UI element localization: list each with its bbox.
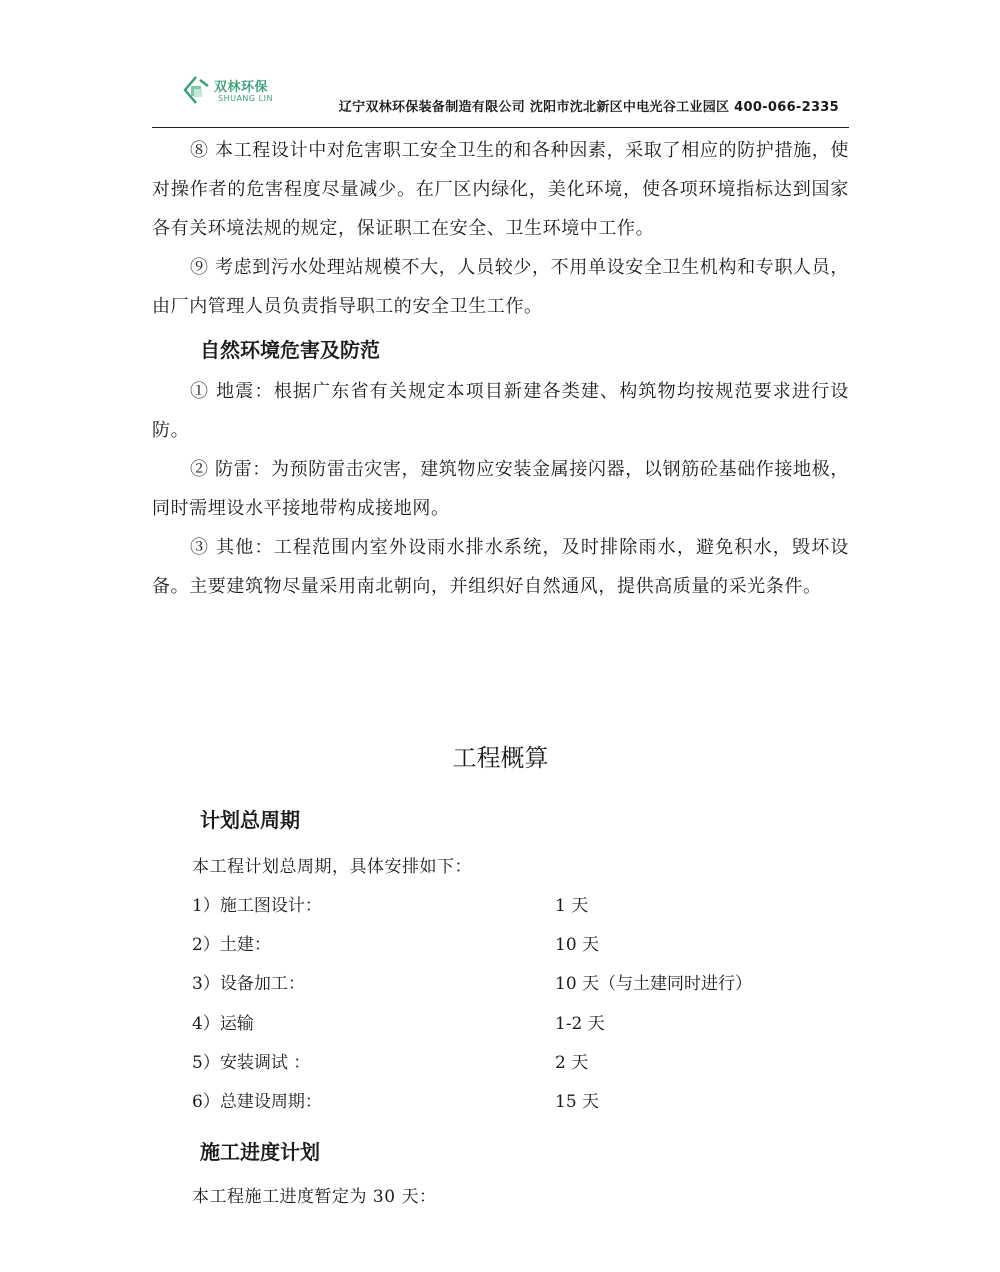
logo-diamond-icon [182,74,212,114]
paragraph-safety-9: ⑨ 考虑到污水处理站规模不大，人员较少，不用单设安全卫生机构和专职人员，由厂内管… [152,248,849,326]
schedule-item-value: 10 天（与土建同时进行） [555,965,752,1004]
paragraph-lightning: ② 防雷：为预防雷击灾害，建筑物应安装金属接闪器，以钢筋砼基础作接地极，同时需埋… [152,450,849,528]
logo-text-en: SHUANG LIN [218,94,273,103]
schedule-item-value: 1-2 天 [555,1005,605,1044]
schedule-item-value: 1 天 [555,887,588,926]
schedule-item-label: 3）设备加工： [192,965,555,1004]
company-logo: 双林环保 SHUANG LIN [182,74,292,114]
section-title-natural-hazards: 自然环境危害及防范 [152,328,849,372]
schedule-item: 6）总建设周期： 15 天 [152,1083,849,1122]
section-title-schedule: 施工进度计划 [152,1130,849,1174]
schedule-item-label: 2）土建： [192,926,555,965]
schedule-item-value: 15 天 [555,1083,599,1122]
paragraph-earthquake: ① 地震：根据广东省有关规定本项目新建各类建、构筑物均按规范要求进行设防。 [152,372,849,450]
paragraph-other: ③ 其他：工程范围内室外设雨水排水系统，及时排除雨水，避免积水，毁坏设备。主要建… [152,528,849,606]
schedule-item: 2）土建： 10 天 [152,926,849,965]
schedule-item: 4）运输 1-2 天 [152,1005,849,1044]
chapter-title-estimate: 工程概算 [152,738,849,778]
section-title-period: 计划总周期 [152,798,849,842]
paragraph-safety-8: ⑧ 本工程设计中对危害职工安全卫生的和各种因素，采取了相应的防护措施，使对操作者… [152,131,849,248]
schedule-list: 1）施工图设计： 1 天 2）土建： 10 天 3）设备加工： 10 天（与土建… [152,887,849,1122]
schedule-item-label: 1）施工图设计： [192,887,555,926]
schedule-intro: 本工程施工进度暂定为 30 天： [152,1178,849,1217]
schedule-item: 3）设备加工： 10 天（与土建同时进行） [152,965,849,1004]
schedule-item-label: 5）安装调试 ： [192,1044,555,1083]
schedule-item: 1）施工图设计： 1 天 [152,887,849,926]
company-info: 辽宁双林环保装备制造有限公司 沈阳市沈北新区中电光谷工业园区 400-066-2… [339,96,839,115]
schedule-item-value: 10 天 [555,926,599,965]
schedule-item-label: 4）运输 [192,1005,555,1044]
document-body: ⑧ 本工程设计中对危害职工安全卫生的和各种因素，采取了相应的防护措施，使对操作者… [152,128,849,1217]
page-header: 双林环保 SHUANG LIN 辽宁双林环保装备制造有限公司 沈阳市沈北新区中电… [152,66,849,128]
schedule-item-label: 6）总建设周期： [192,1083,555,1122]
schedule-item-value: 2 天 [555,1044,588,1083]
schedule-item: 5）安装调试 ： 2 天 [152,1044,849,1083]
period-intro: 本工程计划总周期，具体安排如下： [152,848,849,887]
logo-text-cn: 双林环保 [214,76,268,95]
